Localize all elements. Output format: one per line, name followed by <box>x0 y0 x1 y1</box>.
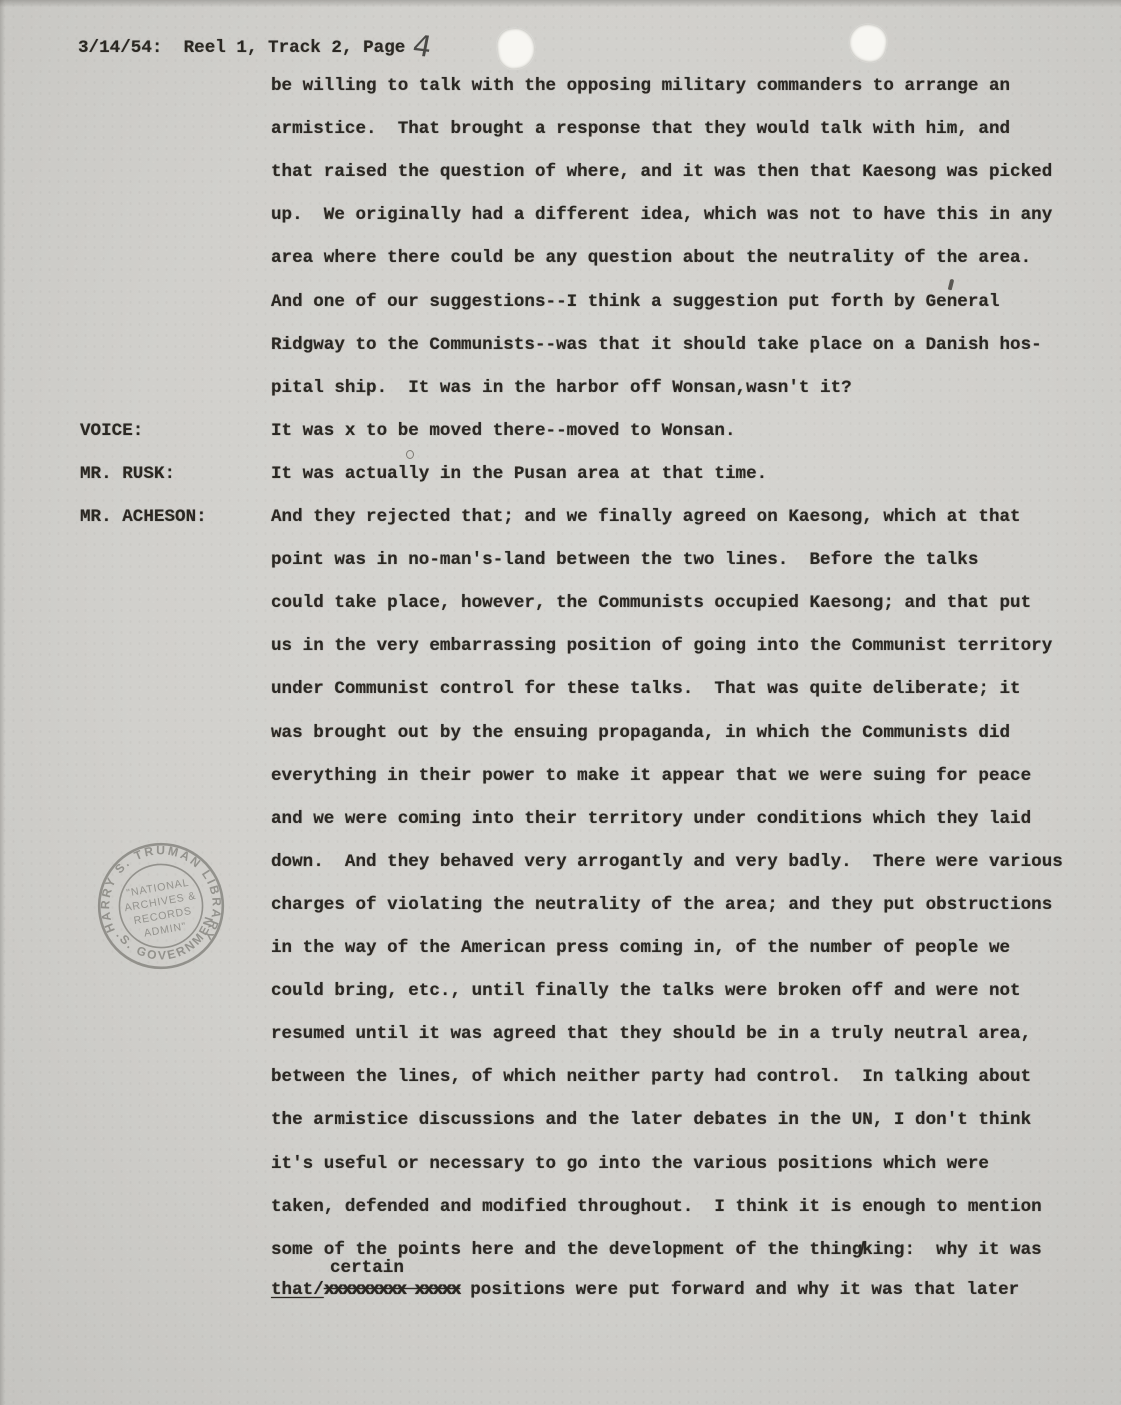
transcript-line: under Communist control for these talks.… <box>271 679 1021 700</box>
header-title: Reel 1, Track 2, Page <box>184 38 406 58</box>
transcript-line: the armistice discussions and the later … <box>271 1110 1031 1131</box>
header-date: 3/14/54: <box>78 38 162 58</box>
transcript-line: resumed until it was agreed that they sh… <box>271 1024 1031 1045</box>
handwritten-page-number: 4 <box>411 35 433 58</box>
correction-prefix: that/ <box>271 1280 324 1300</box>
transcript-line: was brought out by the ensuing propagand… <box>271 723 1010 744</box>
transcript-line: us in the very embarrassing position of … <box>271 636 1052 657</box>
inserted-correction-word: certain <box>330 1258 404 1279</box>
pen-tick-mark <box>948 279 955 291</box>
transcript-line: it's useful or necessary to go into the … <box>271 1154 989 1175</box>
transcript-line: pital ship. It was in the harbor off Won… <box>271 378 852 399</box>
transcript-line: could take place, however, the Communist… <box>271 593 1031 614</box>
transcript-line: area where there could be any question a… <box>271 248 1031 269</box>
speaker-label-acheson: MR. ACHESON: <box>80 507 207 528</box>
transcript-line: be willing to talk with the opposing mil… <box>271 76 1010 97</box>
transcript-line: It was actually in the Pusan area at tha… <box>271 464 767 485</box>
last-line-text: positions were put forward and why it wa… <box>460 1280 1020 1300</box>
transcript-line: point was in no-man's-land between the t… <box>271 550 978 571</box>
scan-edge-shadow-top <box>0 0 1121 7</box>
speaker-label-rusk: MR. RUSK: <box>80 464 175 485</box>
transcript-line: And one of our suggestions--I think a su… <box>271 292 1000 313</box>
speaker-label-voice: VOICE: <box>80 421 143 442</box>
scanned-transcript-page: 3/14/54: Reel 1, Track 2, Page4 VOICE: M… <box>0 0 1121 1405</box>
punch-hole-right <box>845 20 890 65</box>
transcript-line: It was x to be moved there--moved to Won… <box>271 421 736 442</box>
transcript-line: down. And they behaved very arrogantly a… <box>271 852 1063 873</box>
transcript-line: taken, defended and modified throughout.… <box>271 1197 1042 1218</box>
header-spacer <box>162 38 183 58</box>
transcript-line: And they rejected that; and we finally a… <box>271 507 1021 528</box>
scan-edge-shadow-left <box>0 0 5 1405</box>
transcript-line: Ridgway to the Communists--was that it s… <box>271 335 1042 356</box>
transcript-line: everything in their power to make it app… <box>271 766 1031 787</box>
transcript-line: charges of violating the neutrality of t… <box>271 895 1052 916</box>
punch-hole-left <box>494 26 537 72</box>
transcript-line: and we were coming into their territory … <box>271 809 1031 830</box>
page-header: 3/14/54: Reel 1, Track 2, Page4 <box>78 36 432 59</box>
transcript-line: in the way of the American press coming … <box>271 938 1010 959</box>
transcript-line: between the lines, of which neither part… <box>271 1067 1031 1088</box>
transcript-line: armistice. That brought a response that … <box>271 119 1010 140</box>
transcript-line: up. We originally had a different idea, … <box>271 205 1052 226</box>
ink-speck <box>406 450 414 459</box>
transcript-last-line: that/xxxxxxxxx xxxxx positions were put … <box>271 1280 1019 1301</box>
struck-out-text: xxxxxxxxx xxxxx <box>324 1280 460 1300</box>
transcript-line: that raised the question of where, and i… <box>271 162 1052 183</box>
transcript-line: could bring, etc., until finally the tal… <box>271 981 1021 1002</box>
truman-library-stamp: HARRY S. TRUMAN LIBRARY U.S. GOVERNMENT … <box>73 818 249 994</box>
